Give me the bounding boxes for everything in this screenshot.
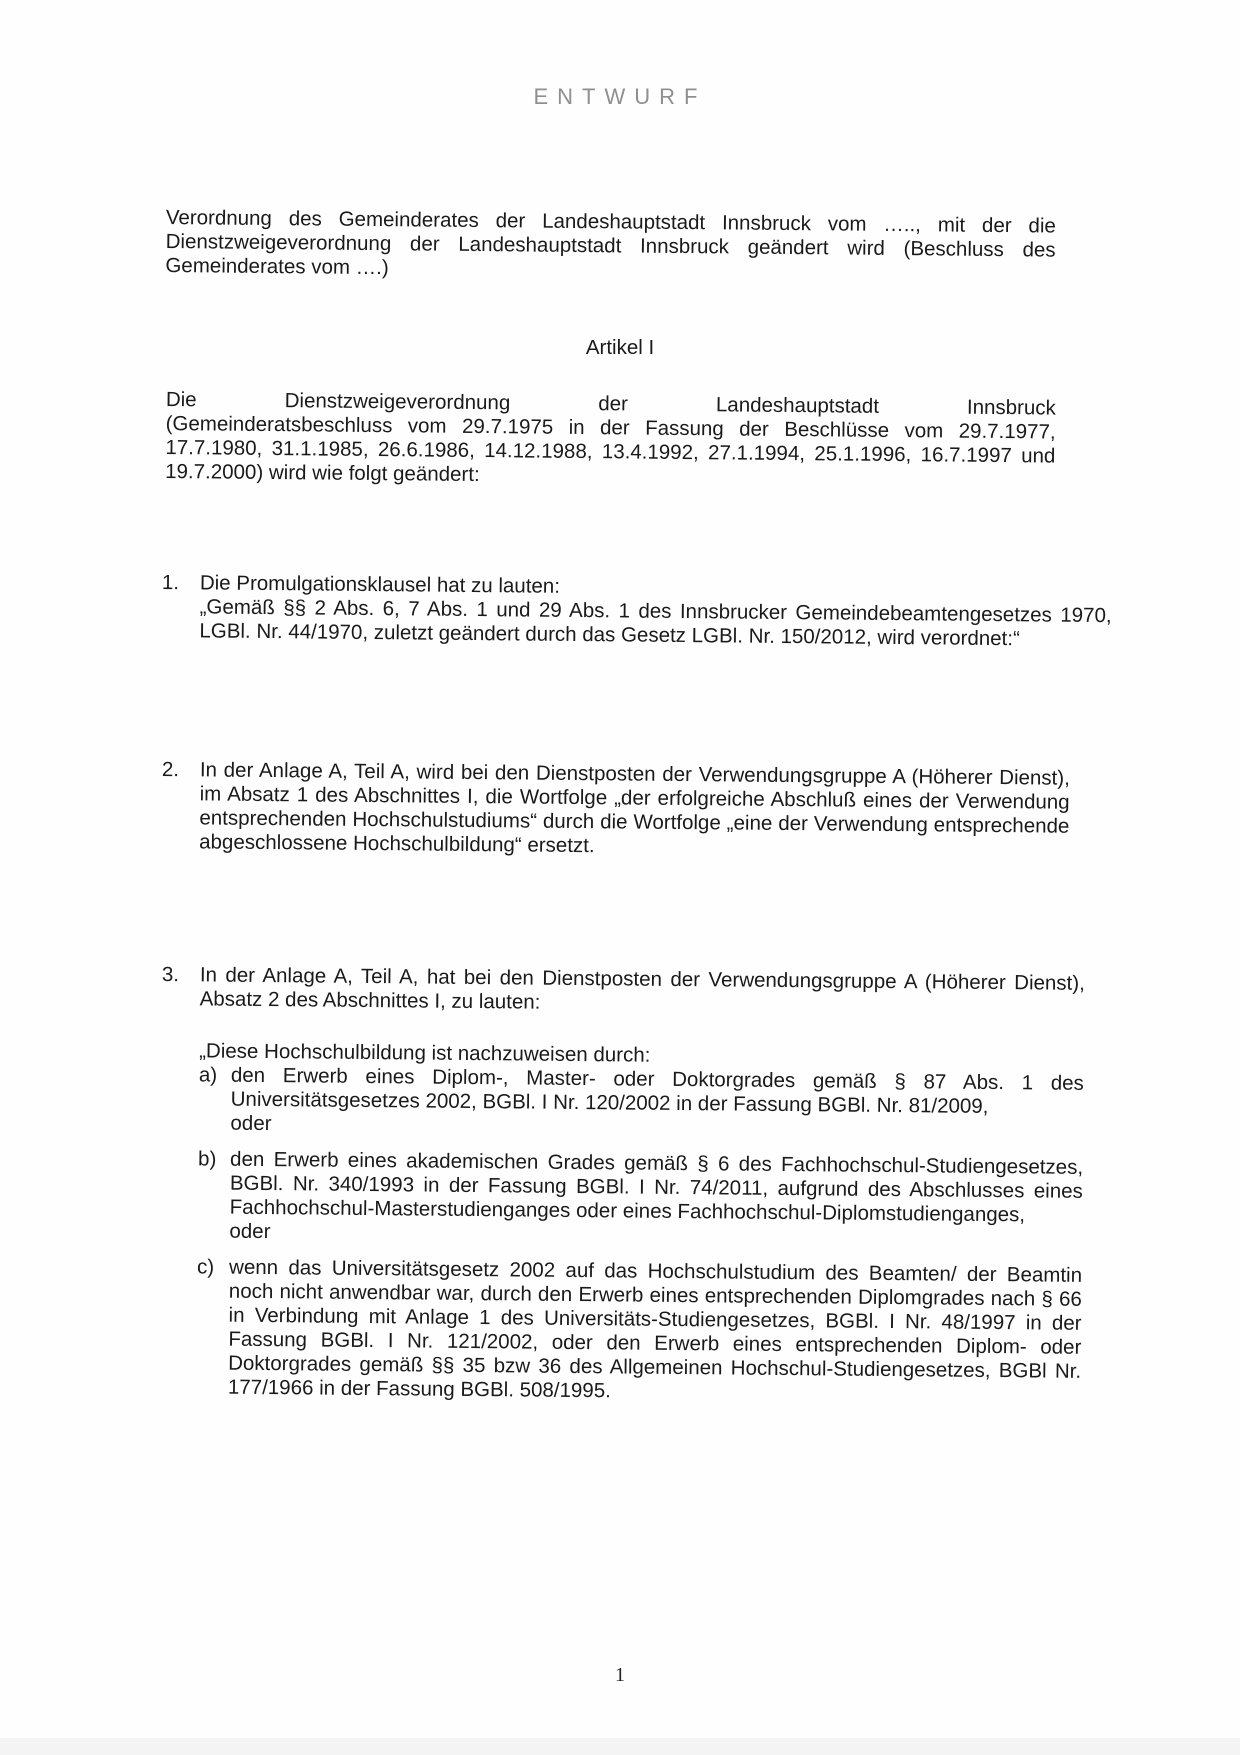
scan-edge xyxy=(0,1738,1240,1755)
subitem-letter: a) xyxy=(199,1063,217,1087)
intro-paragraph: Die Dienstzweigeverordnung der Landeshau… xyxy=(165,388,1056,493)
intro-word: Innsbruck xyxy=(967,396,1056,421)
document-page: ENTWURF Verordnung des Gemeinderates der… xyxy=(0,0,1240,1755)
intro-word: Die xyxy=(166,388,197,412)
item-text: In der Anlage A, Teil A, hat bei den Die… xyxy=(200,963,1085,1019)
subitem-text: den Erwerb eines Diplom-, Master- oder D… xyxy=(231,1064,1084,1120)
item-number: 1. xyxy=(162,571,179,595)
list-item-1: 1. Die Promulgationsklausel hat zu laute… xyxy=(161,571,1112,652)
item-text: In der Anlage A, Teil A, wird bei den Di… xyxy=(199,758,1070,862)
subitem-a: a) den Erwerb eines Diplom-, Master- ode… xyxy=(198,1063,1084,1143)
article-heading: Artikel I xyxy=(0,336,1240,360)
subitem-b: b) den Erwerb eines akademischen Grades … xyxy=(197,1147,1083,1251)
subitem-text: den Erwerb eines akademischen Grades gem… xyxy=(230,1148,1084,1228)
subitem-c: c) wenn das Universitätsgesetz 2002 auf … xyxy=(196,1255,1082,1407)
intro-rest: (Gemeinderatsbeschluss vom 29.7.1975 in … xyxy=(165,412,1056,493)
page-number: 1 xyxy=(0,1664,1240,1687)
item-number: 2. xyxy=(162,758,179,782)
intro-word: Landeshauptstadt xyxy=(716,393,879,419)
promulgation-clause: „Gemäß §§ 2 Abs. 6, 7 Abs. 1 und 29 Abs.… xyxy=(199,595,1111,652)
subitem-letter: c) xyxy=(197,1255,214,1279)
subitem-text: wenn das Universitätsgesetz 2002 auf das… xyxy=(228,1256,1082,1408)
list-item-2: 2. In der Anlage A, Teil A, wird bei den… xyxy=(161,758,1112,863)
subitem-letter: b) xyxy=(198,1147,216,1171)
ordinance-title: Verordnung des Gemeinderates der Landesh… xyxy=(165,206,1056,287)
intro-word: der xyxy=(598,392,628,416)
item-number: 3. xyxy=(162,963,179,987)
list-item-3: 3. In der Anlage A, Teil A, hat bei den … xyxy=(158,963,1112,1408)
draft-watermark: ENTWURF xyxy=(0,84,1240,110)
intro-word: Dienstzweigeverordnung xyxy=(285,389,511,415)
